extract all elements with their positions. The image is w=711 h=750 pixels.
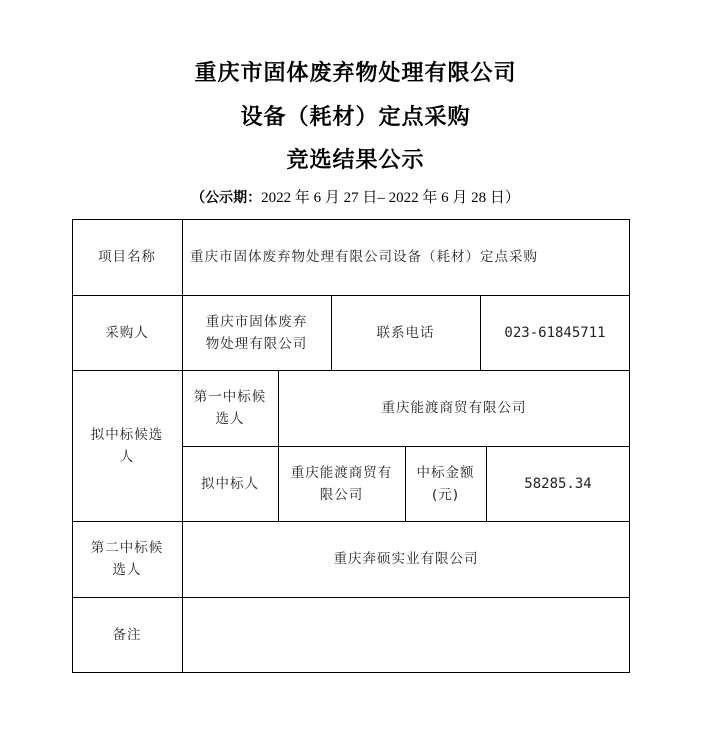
remarks-value [182, 597, 630, 673]
page-title-company: 重庆市固体废弃物处理有限公司 [0, 60, 711, 86]
first-candidate-label-line1: 第一中标候 [194, 386, 267, 408]
second-candidate-label-line1: 第二中标候 [91, 537, 164, 559]
proposed-candidates-label: 拟中标候选 人 [72, 370, 182, 521]
project-name-value: 重庆市固体废弃物处理有限公司设备（耗材）定点采购 [182, 219, 630, 295]
bid-amount-label-line1: 中标金额 [417, 462, 475, 484]
contact-phone-label: 联系电话 [331, 295, 480, 370]
winner-value-line1: 重庆能渡商贸有 [291, 462, 393, 484]
winner-value: 重庆能渡商贸有 限公司 [278, 446, 405, 521]
page-title-result: 竞选结果公示 [0, 147, 711, 173]
publicity-period-label: （公示期： [191, 190, 261, 206]
publicity-period-value: 2022 年 6 月 27 日– 2022 年 6 月 28 日） [261, 190, 520, 206]
winner-label: 拟中标人 [182, 446, 278, 521]
purchaser-label: 采购人 [72, 295, 182, 370]
publicity-period: （公示期：2022 年 6 月 27 日– 2022 年 6 月 28 日） [0, 188, 711, 208]
bid-amount-label-line2: (元) [432, 484, 459, 506]
project-name-label: 项目名称 [72, 219, 182, 295]
contact-phone-value: 023-61845711 [480, 295, 630, 370]
purchaser-value-line2: 物处理有限公司 [206, 333, 308, 355]
proposed-candidates-label-line2: 人 [120, 446, 135, 468]
second-candidate-label-line2: 选人 [113, 559, 142, 581]
second-candidate-value: 重庆奔硕实业有限公司 [182, 521, 630, 597]
remarks-label: 备注 [72, 597, 182, 673]
purchaser-value-line1: 重庆市固体废弃 [206, 311, 308, 333]
winner-value-line2: 限公司 [320, 484, 364, 506]
second-candidate-label: 第二中标候 选人 [72, 521, 182, 597]
purchaser-value: 重庆市固体废弃 物处理有限公司 [182, 295, 331, 370]
bid-amount-label: 中标金额 (元) [405, 446, 486, 521]
first-candidate-label: 第一中标候 选人 [182, 370, 278, 446]
first-candidate-value: 重庆能渡商贸有限公司 [278, 370, 630, 446]
first-candidate-label-line2: 选人 [216, 408, 245, 430]
bid-amount-value: 58285.34 [486, 446, 630, 521]
page-title-subject: 设备（耗材）定点采购 [0, 104, 711, 130]
proposed-candidates-label-line1: 拟中标候选 [91, 424, 164, 446]
